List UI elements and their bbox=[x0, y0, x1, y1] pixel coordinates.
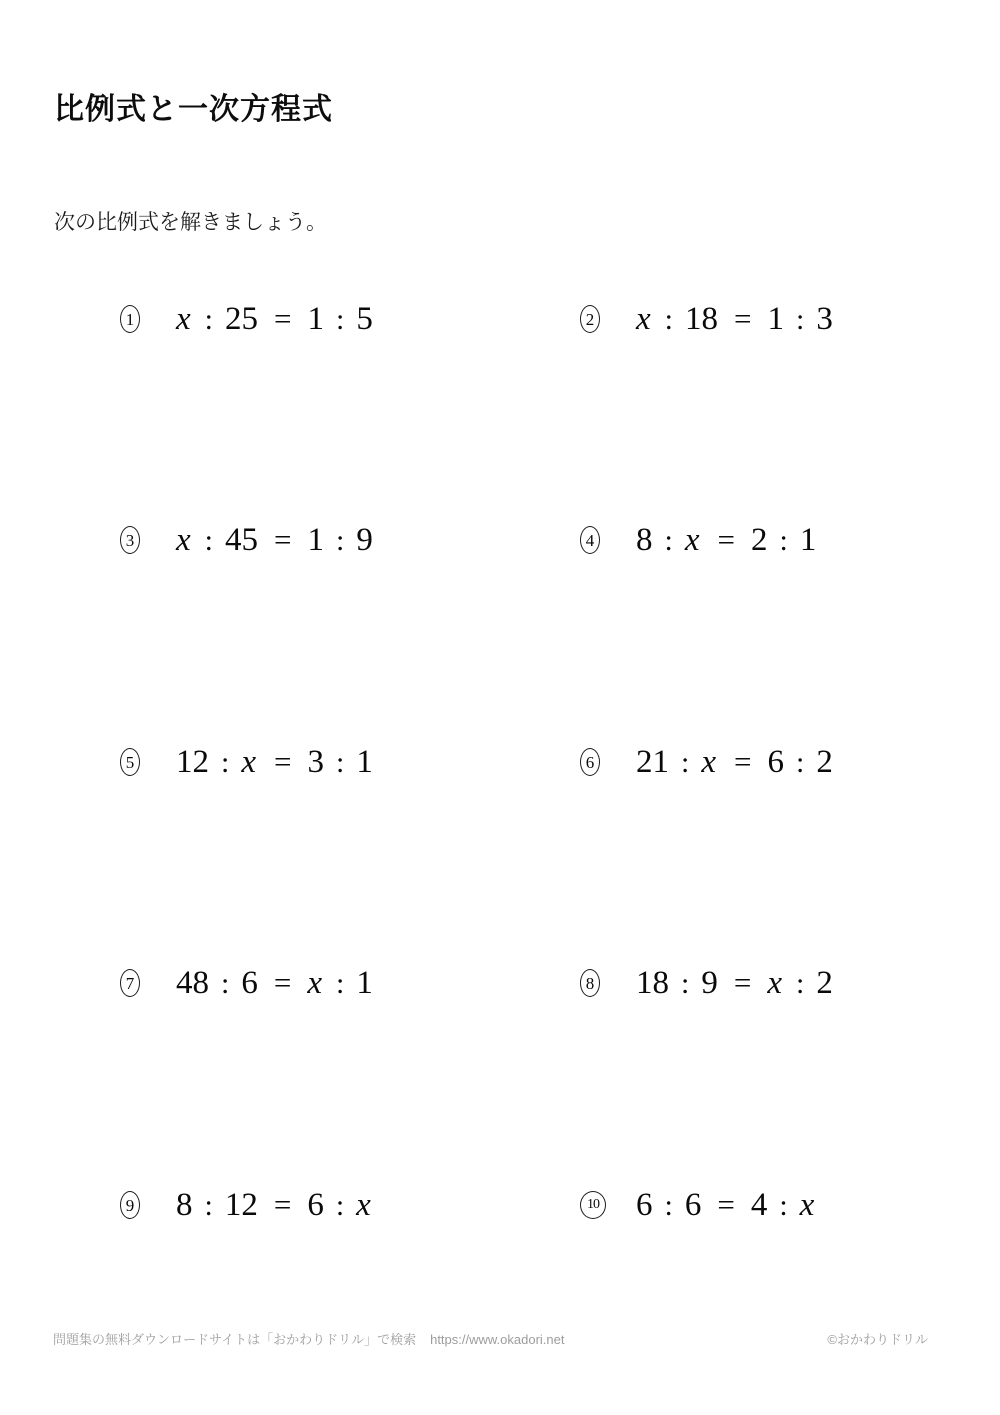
equation-token: 6 bbox=[767, 746, 784, 779]
equation-token: 4 bbox=[751, 1189, 768, 1222]
worksheet-page: 比例式と一次方程式 次の比例式を解きましょう。 1x:25=1:52x:18=1… bbox=[0, 0, 1000, 1415]
equation-token: 1 bbox=[800, 524, 817, 557]
problem-number-badge: 7 bbox=[120, 969, 140, 997]
problem-number-badge: 1 bbox=[120, 305, 140, 333]
equation-token: x bbox=[685, 524, 702, 557]
equation-token: 1 bbox=[767, 303, 784, 336]
problem-4: 48:x=2:1 bbox=[580, 519, 816, 561]
footer-site-text: 問題集の無料ダウンロードサイトは「おかわりドリル」で検索 bbox=[53, 1332, 416, 1347]
equation-token: : bbox=[205, 305, 213, 335]
problem-6: 621:x=6:2 bbox=[580, 741, 833, 783]
proportion-equation: 12:x=3:1 bbox=[176, 746, 373, 779]
equation-token: 3 bbox=[307, 746, 324, 779]
problem-number-badge: 8 bbox=[580, 969, 600, 997]
problem-9: 98:12=6:x bbox=[120, 1184, 373, 1226]
equation-token: : bbox=[779, 526, 787, 556]
equation-token: x bbox=[701, 746, 718, 779]
problem-number-badge: 9 bbox=[120, 1191, 140, 1219]
equation-token: : bbox=[221, 969, 229, 999]
problem-5: 512:x=3:1 bbox=[120, 741, 373, 783]
proportion-equation: 48:6=x:1 bbox=[176, 967, 373, 1000]
equation-token: x bbox=[241, 746, 258, 779]
equation-token: 1 bbox=[307, 303, 324, 336]
equation-token: = bbox=[274, 1189, 291, 1220]
proportion-equation: x:45=1:9 bbox=[176, 524, 373, 557]
problem-10: 106:6=4:x bbox=[580, 1184, 816, 1226]
equation-token: 21 bbox=[636, 746, 669, 779]
equation-token: : bbox=[665, 1191, 673, 1221]
proportion-equation: x:18=1:3 bbox=[636, 303, 833, 336]
proportion-equation: 6:6=4:x bbox=[636, 1189, 816, 1222]
equation-token: = bbox=[734, 967, 751, 998]
equation-token: = bbox=[718, 524, 735, 555]
equation-token: 6 bbox=[685, 1189, 702, 1222]
problem-1: 1x:25=1:5 bbox=[120, 298, 373, 340]
equation-token: : bbox=[205, 526, 213, 556]
equation-token: = bbox=[734, 746, 751, 777]
equation-token: 5 bbox=[356, 303, 373, 336]
proportion-equation: 8:x=2:1 bbox=[636, 524, 816, 557]
equation-token: 6 bbox=[636, 1189, 653, 1222]
equation-token: 9 bbox=[701, 967, 718, 1000]
equation-token: x bbox=[356, 1189, 373, 1222]
equation-token: : bbox=[221, 748, 229, 778]
equation-token: 9 bbox=[356, 524, 373, 557]
equation-token: : bbox=[205, 1191, 213, 1221]
equation-token: 48 bbox=[176, 967, 209, 1000]
instruction-text: 次の比例式を解きましょう。 bbox=[54, 206, 327, 236]
problem-number-badge: 5 bbox=[120, 748, 140, 776]
equation-token: 25 bbox=[225, 303, 258, 336]
equation-token: x bbox=[800, 1189, 817, 1222]
equation-token: x bbox=[307, 967, 324, 1000]
equation-token: 2 bbox=[751, 524, 768, 557]
equation-token: = bbox=[274, 967, 291, 998]
equation-token: : bbox=[796, 748, 804, 778]
equation-token: 45 bbox=[225, 524, 258, 557]
proportion-equation: x:25=1:5 bbox=[176, 303, 373, 336]
problem-number-badge: 2 bbox=[580, 305, 600, 333]
equation-token: = bbox=[274, 746, 291, 777]
problem-number-badge: 10 bbox=[580, 1191, 606, 1219]
problem-3: 3x:45=1:9 bbox=[120, 519, 373, 561]
equation-token: : bbox=[681, 969, 689, 999]
equation-token: 18 bbox=[685, 303, 718, 336]
problem-number-badge: 4 bbox=[580, 526, 600, 554]
equation-token: : bbox=[779, 1191, 787, 1221]
equation-token: : bbox=[665, 305, 673, 335]
equation-token: = bbox=[274, 303, 291, 334]
equation-token: : bbox=[681, 748, 689, 778]
equation-token: 8 bbox=[636, 524, 653, 557]
equation-token: : bbox=[336, 748, 344, 778]
equation-token: : bbox=[336, 1191, 344, 1221]
equation-token: 18 bbox=[636, 967, 669, 1000]
equation-token: : bbox=[665, 526, 673, 556]
equation-token: 1 bbox=[307, 524, 324, 557]
equation-token: 12 bbox=[176, 746, 209, 779]
equation-token: : bbox=[336, 305, 344, 335]
equation-token: = bbox=[717, 1189, 734, 1220]
footer: 問題集の無料ダウンロードサイトは「おかわりドリル」で検索https://www.… bbox=[53, 1329, 565, 1348]
proportion-equation: 18:9=x:2 bbox=[636, 967, 833, 1000]
page-title: 比例式と一次方程式 bbox=[54, 84, 333, 128]
equation-token: = bbox=[274, 524, 291, 555]
equation-token: : bbox=[796, 305, 804, 335]
equation-token: 8 bbox=[176, 1189, 193, 1222]
problem-8: 818:9=x:2 bbox=[580, 962, 833, 1004]
equation-token: 1 bbox=[356, 746, 373, 779]
equation-token: 2 bbox=[816, 746, 833, 779]
equation-token: : bbox=[336, 969, 344, 999]
footer-copyright: ©おかわりドリル bbox=[827, 1329, 928, 1348]
equation-token: x bbox=[176, 524, 193, 557]
problem-2: 2x:18=1:3 bbox=[580, 298, 833, 340]
problem-number-badge: 3 bbox=[120, 526, 140, 554]
equation-token: 1 bbox=[356, 967, 373, 1000]
equation-token: : bbox=[336, 526, 344, 556]
equation-token: 6 bbox=[241, 967, 258, 1000]
problem-7: 748:6=x:1 bbox=[120, 962, 373, 1004]
equation-token: : bbox=[796, 969, 804, 999]
equation-token: x bbox=[767, 967, 784, 1000]
footer-url: https://www.okadori.net bbox=[430, 1332, 564, 1347]
proportion-equation: 21:x=6:2 bbox=[636, 746, 833, 779]
equation-token: = bbox=[734, 303, 751, 334]
equation-token: 6 bbox=[307, 1189, 324, 1222]
equation-token: x bbox=[176, 303, 193, 336]
problem-number-badge: 6 bbox=[580, 748, 600, 776]
equation-token: 2 bbox=[816, 967, 833, 1000]
equation-token: 12 bbox=[225, 1189, 258, 1222]
equation-token: 3 bbox=[816, 303, 833, 336]
equation-token: x bbox=[636, 303, 653, 336]
proportion-equation: 8:12=6:x bbox=[176, 1189, 373, 1222]
